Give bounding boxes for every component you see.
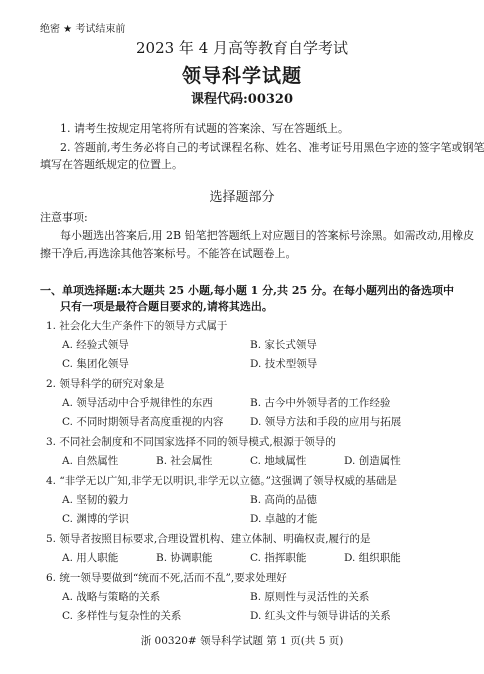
section-title: 选择题部分 (0, 186, 484, 205)
question-2-option-a: A. 领导活动中合乎规律性的东西 (62, 395, 213, 410)
question-1-option-d: D. 技术型领导 (250, 356, 317, 371)
part-one-heading-cont: 只有一项是最符合题目要求的,请将其选出。 (60, 298, 273, 314)
notes-line-1: 每小题选出答案后,用 2B 铅笔把答题纸上对应题目的答案标号涂黑。如需改动,用橡… (60, 227, 474, 243)
question-4-stem: 4. “非学无以广知,非学无以明识,非学无以立德。”这强调了领导权威的基础是 (46, 473, 397, 488)
question-3-option-b: B. 社会属性 (156, 453, 212, 468)
question-6-option-d: D. 红头文件与领导讲话的关系 (250, 608, 391, 623)
question-1-option-b: B. 家长式领导 (250, 337, 317, 352)
question-5-option-d: D. 组织职能 (344, 550, 401, 565)
question-4-option-c: C. 渊博的学识 (62, 511, 129, 526)
subject-title: 领导科学试题 (0, 61, 484, 88)
question-4-option-b: B. 高尚的品德 (250, 492, 317, 507)
instruction-2: 2. 答题前,考生务必将自己的考试课程名称、姓名、准考证号用黑色字迹的签字笔或钢… (60, 139, 484, 155)
secret-mark: 绝密 ★ 考试结束前 (40, 20, 125, 35)
notes-label: 注意事项: (40, 209, 88, 225)
question-2-stem: 2. 领导科学的研究对象是 (46, 376, 164, 391)
question-6-option-a: A. 战略与策略的关系 (62, 589, 160, 604)
question-5-option-a: A. 用人职能 (62, 550, 118, 565)
question-1-option-a: A. 经验式领导 (62, 337, 129, 352)
question-3-option-c: C. 地域属性 (250, 453, 306, 468)
question-3-option-a: A. 自然属性 (62, 453, 118, 468)
question-1-option-c: C. 集团化领导 (62, 356, 129, 371)
question-6-option-c: C. 多样性与复杂性的关系 (62, 608, 181, 623)
course-code: 课程代码:00320 (0, 88, 484, 107)
question-3-stem: 3. 不同社会制度和不同国家选择不同的领导模式,根源于领导的 (46, 434, 336, 449)
question-6-option-b: B. 原则性与灵活性的关系 (250, 589, 369, 604)
question-4-option-d: D. 卓越的才能 (250, 511, 317, 526)
notes-line-2: 擦干净后,再选涂其他答案标号。不能答在试题卷上。 (40, 245, 297, 261)
question-1-stem: 1. 社会化大生产条件下的领导方式属于 (46, 318, 227, 333)
question-5-option-c: C. 指挥职能 (250, 550, 306, 565)
question-5-option-b: B. 协调职能 (156, 550, 212, 565)
page-footer: 浙 00320# 领导科学试题 第 1 页(共 5 页) (0, 633, 484, 648)
question-2-option-d: D. 领导方法和手段的应用与拓展 (250, 414, 401, 429)
question-2-option-c: C. 不同时期领导者高度重视的内容 (62, 414, 223, 429)
question-4-option-a: A. 坚韧的毅力 (62, 492, 129, 507)
instruction-2-cont: 填写在答题纸规定的位置上。 (40, 156, 183, 172)
question-6-stem: 6. 统一领导要做到“统而不死,活而不乱”,要求处理好 (46, 570, 287, 585)
question-5-stem: 5. 领导者按照目标要求,合理设置机构、建立体制、明确权责,履行的是 (46, 531, 371, 546)
question-3-option-d: D. 创造属性 (344, 453, 401, 468)
instruction-1: 1. 请考生按规定用笔将所有试题的答案涂、写在答题纸上。 (60, 120, 349, 136)
exam-title: 2023 年 4 月高等教育自学考试 (0, 37, 484, 58)
part-one-heading: 一、单项选择题:本大题共 25 小题,每小题 1 分,共 25 分。在每小题列出… (40, 282, 454, 298)
question-2-option-b: B. 古今中外领导者的工作经验 (250, 395, 390, 410)
